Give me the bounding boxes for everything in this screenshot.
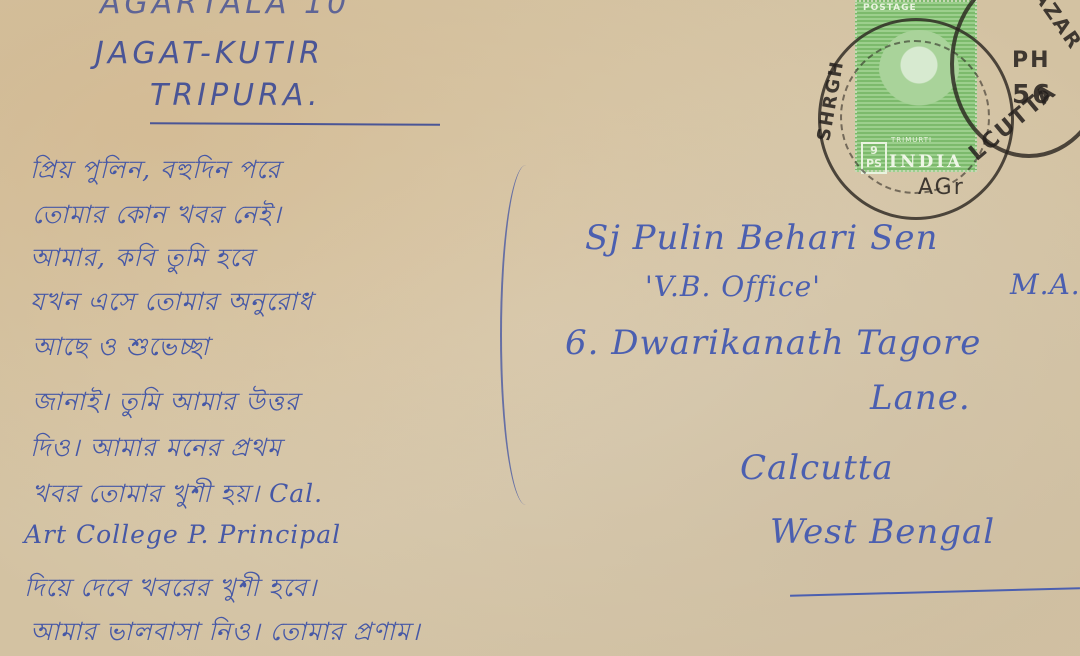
bracket-mark bbox=[500, 165, 552, 505]
sender-address-line: JAGAT-KUTIR bbox=[95, 36, 324, 71]
message-line: জানাই। তুমি আমার উত্তর bbox=[32, 382, 300, 425]
sender-address-line: TRIPURA. bbox=[150, 78, 322, 113]
message-line: আমার ভালবাসা নিও। তোমার প্রণাম। bbox=[30, 612, 421, 655]
recipient-state: West Bengal bbox=[770, 512, 995, 552]
sender-address-line-partial: AGARTALA 10 bbox=[100, 0, 350, 21]
recipient-address-line: 'V.B. Office' bbox=[645, 270, 821, 303]
recipient-address-line: 6. Dwarikanath Tagore bbox=[565, 323, 981, 363]
message-line: Art College P. Principal bbox=[24, 520, 341, 549]
sender-underline bbox=[150, 122, 440, 126]
message-line: তোমার কোন খবর নেই। bbox=[32, 195, 282, 238]
postmark-bottom-text: AGr bbox=[918, 175, 965, 200]
message-line: খবর তোমার খুশী হয়। Cal. bbox=[32, 474, 323, 517]
message-line: যখন এসে তোমার অনুরোধ bbox=[30, 282, 313, 325]
message-line: আমার, কবি তুমি হবে bbox=[30, 238, 254, 281]
recipient-underline bbox=[790, 587, 1080, 597]
recipient-city: Calcutta bbox=[740, 448, 894, 488]
message-line: আছে ও শুভেচ্ছা bbox=[32, 327, 210, 370]
recipient-name: Sj Pulin Behari Sen bbox=[585, 218, 938, 258]
postmark-date: PH bbox=[1012, 48, 1051, 73]
message-line: দিও। আমার মনের প্রথম bbox=[30, 428, 282, 471]
recipient-address-line: Lane. bbox=[870, 378, 971, 418]
message-line: দিয়ে দেবে খবরের খুশী হবে। bbox=[24, 568, 317, 611]
stamp-header: POSTAGE bbox=[863, 3, 917, 13]
recipient-degree: M.A. bbox=[1010, 268, 1080, 301]
message-line: প্রিয় পুলিন, বহুদিন পরে bbox=[30, 150, 281, 193]
